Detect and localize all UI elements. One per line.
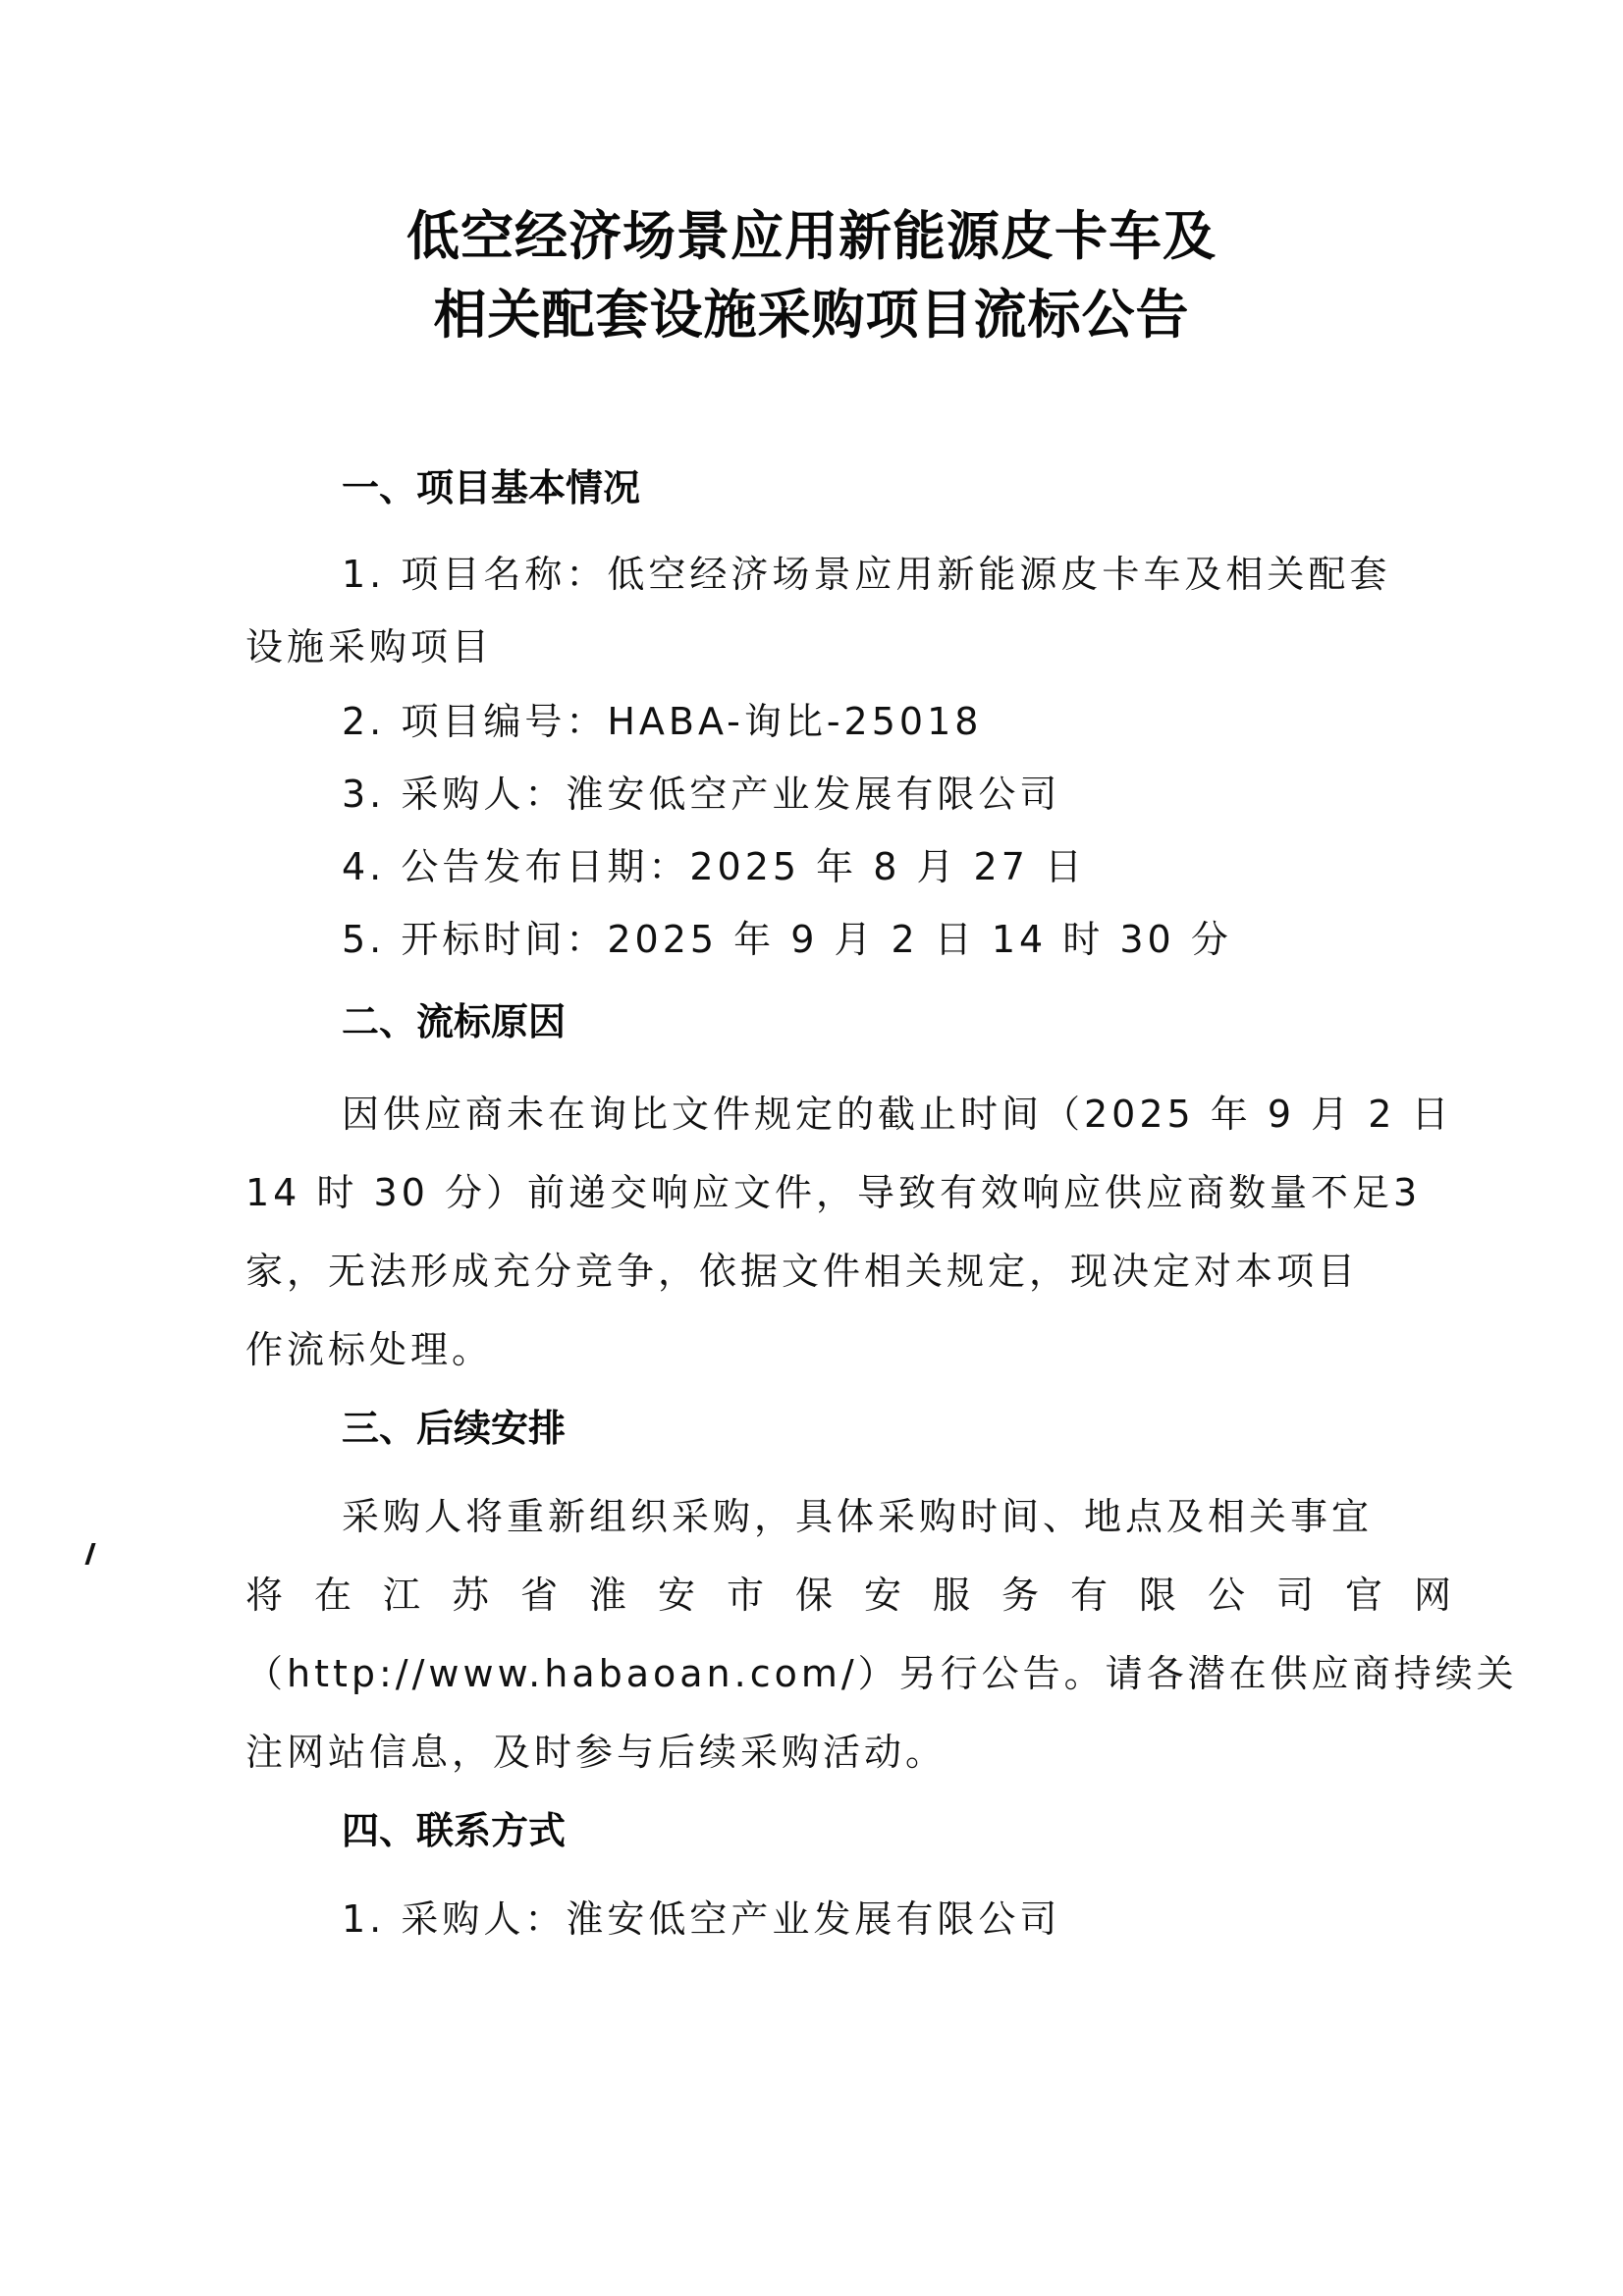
paragraph-line: 14 时 30 分）前递交响应文件，导致有效响应供应商数量不足3 [245, 1174, 1421, 1211]
item-project-name-cont: 设施采购项目 [245, 628, 493, 666]
paragraph-line: 因供应商未在询比文件规定的截止时间（2025 年 9 月 2 日 [342, 1095, 1452, 1133]
paragraph-line: 注网站信息，及时参与后续采购活动。 [245, 1734, 947, 1771]
section-heading-basic-info: 一、项目基本情况 [342, 469, 640, 507]
item-contact-purchaser: 1. 采购人：淮安低空产业发展有限公司 [342, 1900, 1060, 1938]
paragraph-line: 家，无法形成充分竞争，依据文件相关规定，现决定对本项目 [245, 1253, 1359, 1290]
document-title-line-2: 相关配套设施采购项目流标公告 [0, 289, 1623, 342]
item-project-name: 1. 项目名称：低空经济场景应用新能源皮卡车及相关配套 [342, 556, 1390, 593]
section-heading-failure-reason: 二、流标原因 [342, 1003, 566, 1041]
item-publish-date: 4. 公告发布日期：2025 年 8 月 27 日 [342, 848, 1086, 885]
paragraph-line: 将在江苏省淮安市保安服务有限公司官网 [245, 1576, 1483, 1614]
document-title-line-1: 低空经济场景应用新能源皮卡车及 [0, 210, 1623, 263]
paragraph-line: 作流标处理。 [245, 1331, 493, 1368]
paragraph-line: 采购人将重新组织采购，具体采购时间、地点及相关事宜 [342, 1498, 1373, 1535]
paragraph-line-with-website: （http://www.habaoan.com/）另行公告。请各潜在供应商持续关 [245, 1655, 1518, 1692]
item-project-number: 2. 项目编号：HABA-询比-25018 [342, 703, 982, 740]
item-bid-opening-time: 5. 开标时间：2025 年 9 月 2 日 14 时 30 分 [342, 921, 1232, 958]
section-heading-contact: 四、联系方式 [342, 1812, 566, 1849]
section-heading-follow-up: 三、后续安排 [342, 1410, 566, 1447]
margin-mark [84, 1543, 95, 1565]
document-page: 低空经济场景应用新能源皮卡车及 相关配套设施采购项目流标公告 一、项目基本情况 … [0, 0, 1623, 2296]
item-purchaser: 3. 采购人：淮安低空产业发展有限公司 [342, 775, 1060, 813]
